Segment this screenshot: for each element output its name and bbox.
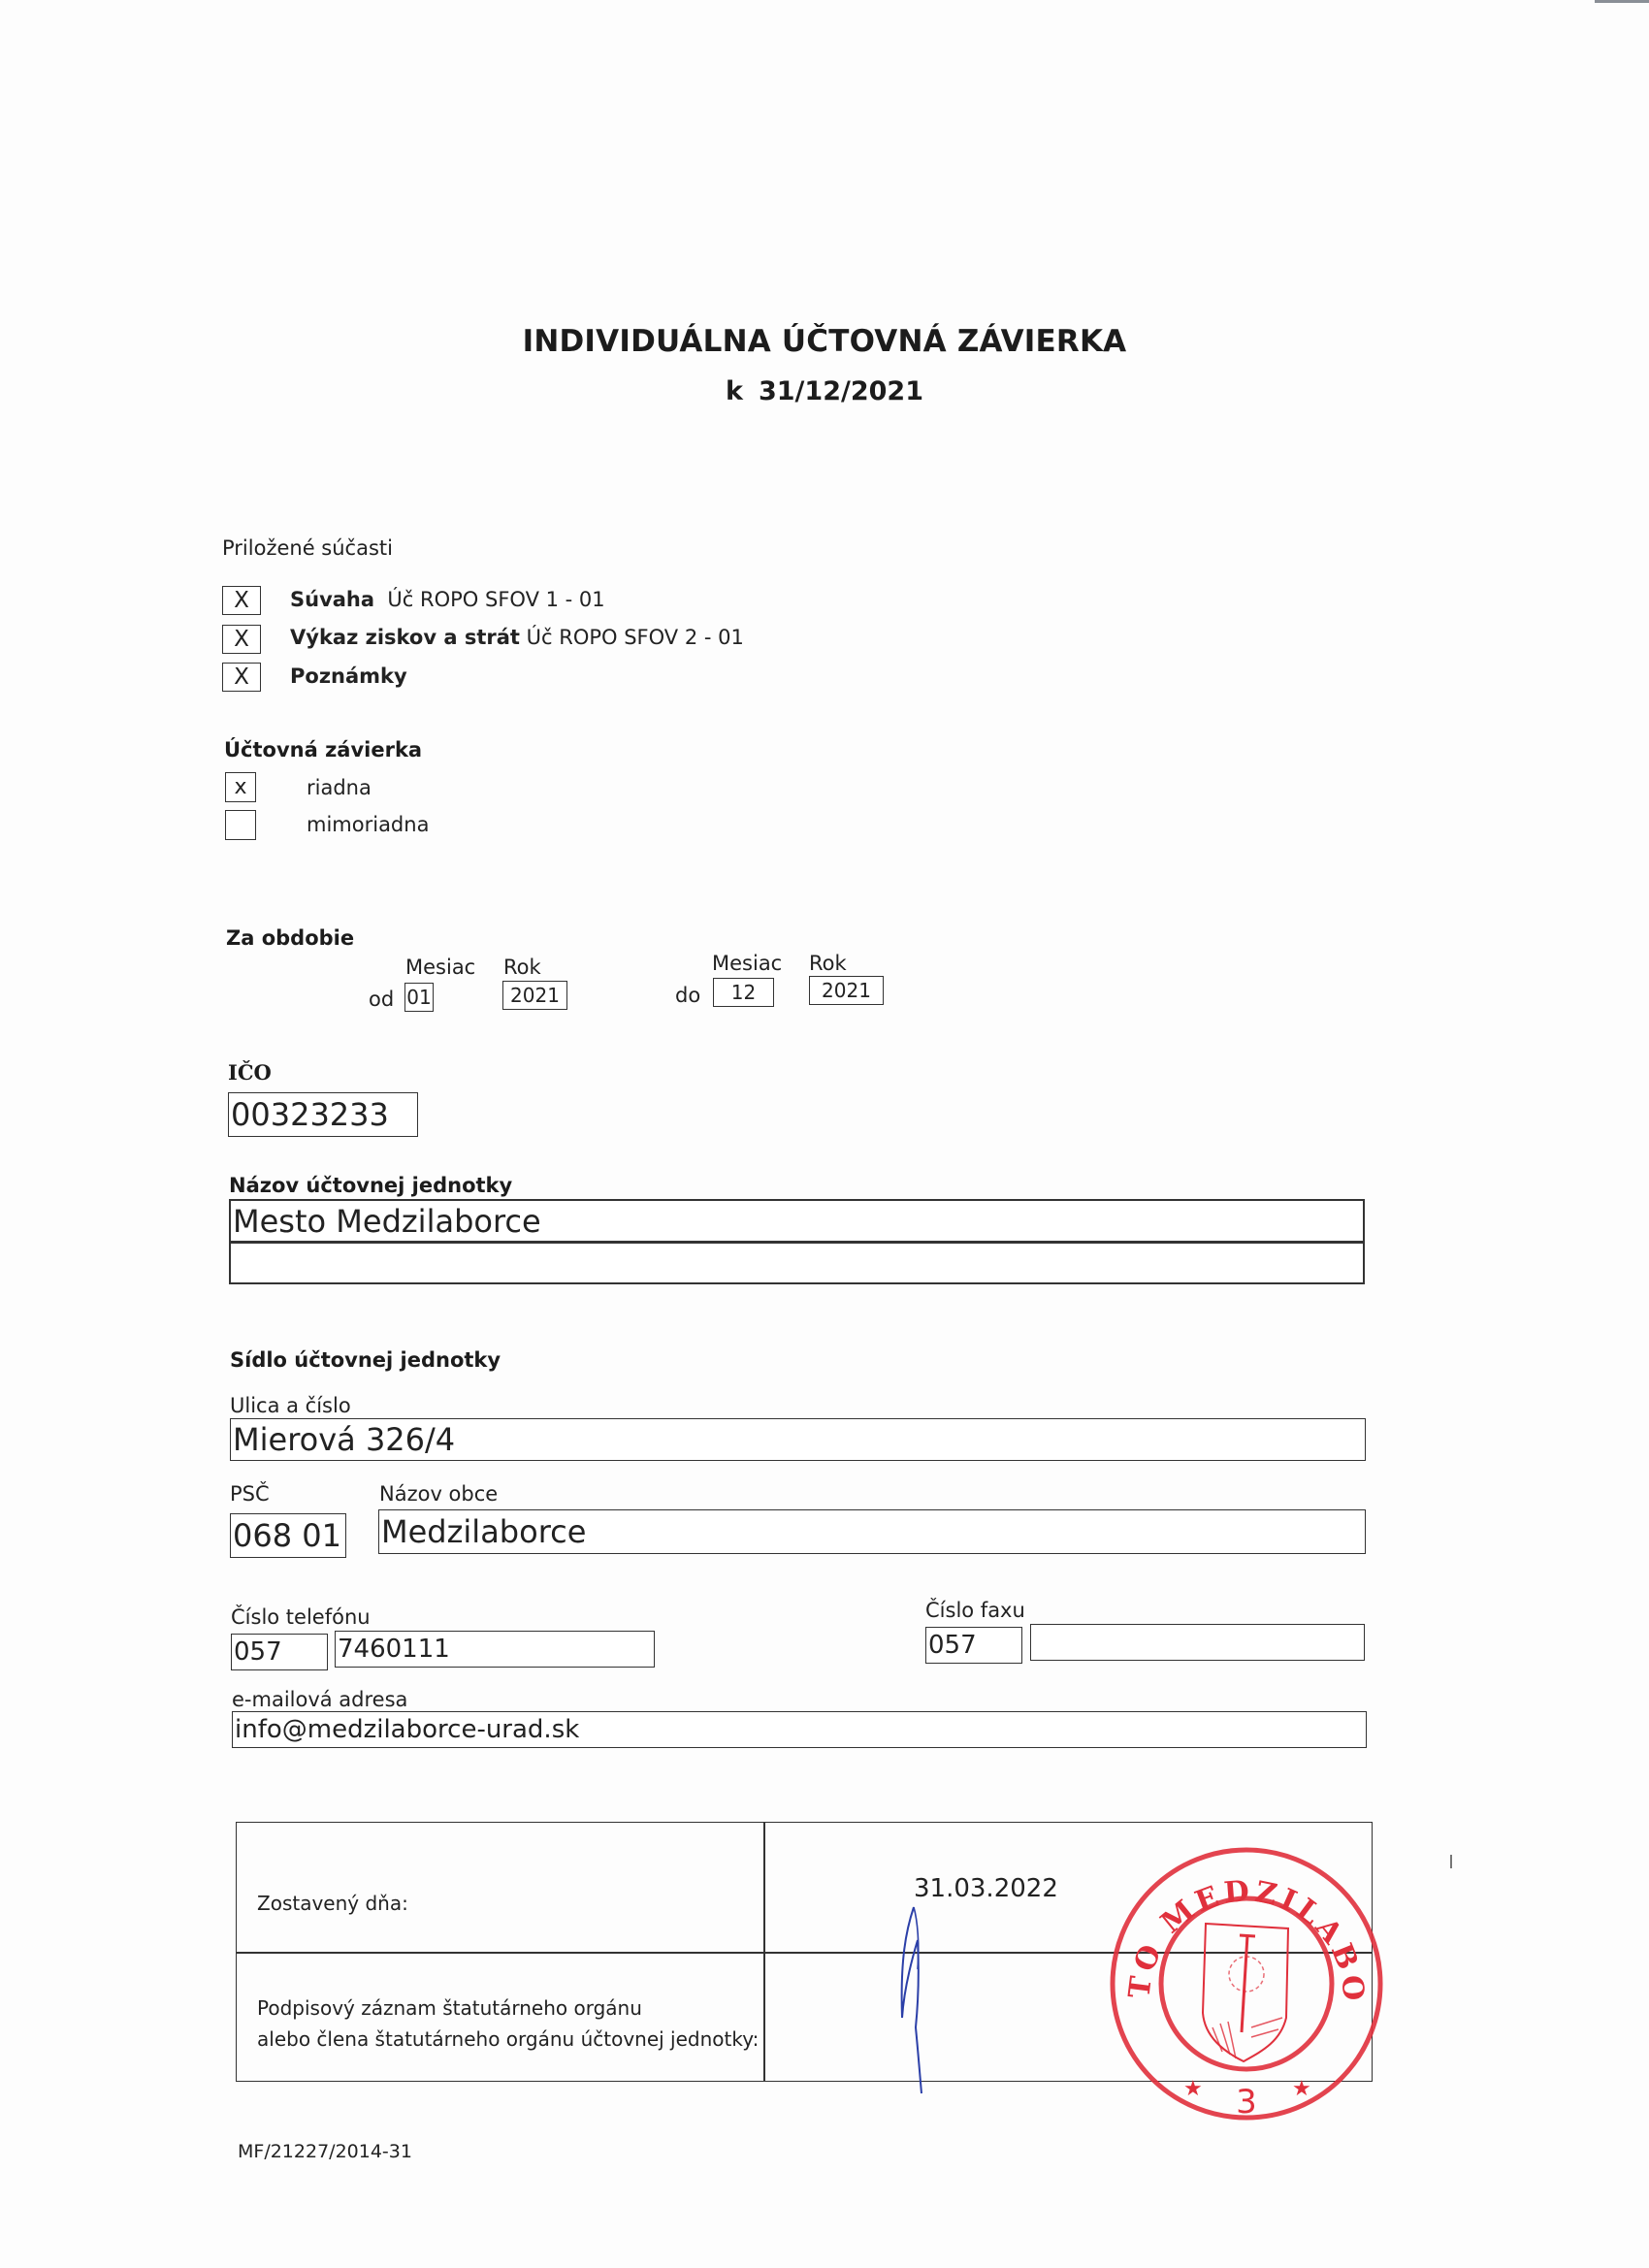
handwritten-signature [892, 1901, 951, 2095]
fax-prefix-value: 057 [926, 1631, 977, 1660]
statement-type-heading: Účtovná závierka [224, 738, 422, 761]
checkbox-suvaha[interactable]: X [222, 586, 261, 615]
street-label: Ulica a číslo [230, 1394, 351, 1417]
zip-value: 068 01 [231, 1520, 341, 1551]
from-month-field[interactable]: 01 [404, 983, 434, 1012]
document-title: INDIVIDUÁLNA ÚČTOVNÁ ZÁVIERKA [0, 324, 1649, 359]
ico-label: IČO [228, 1060, 272, 1085]
to-month-field[interactable]: 12 [713, 978, 774, 1007]
item-form-code: Úč ROPO SFOV 2 - 01 [527, 626, 744, 649]
from-year-label: Rok [503, 956, 541, 979]
phone-prefix-field[interactable]: 057 [231, 1634, 328, 1670]
svg-text:★: ★ [1292, 2077, 1311, 2101]
entity-name-field-line2[interactable] [229, 1242, 1365, 1284]
from-label: od [369, 988, 394, 1011]
item-form-code: Úč ROPO SFOV 1 - 01 [387, 588, 604, 611]
attached-item-poznamky: Poznámky [290, 664, 407, 688]
checkbox-vykaz[interactable]: X [222, 625, 261, 654]
city-value: Medzilaborce [379, 1516, 586, 1547]
subtitle-date: 31/12/2021 [759, 376, 923, 406]
ico-field[interactable]: 00323233 [228, 1092, 418, 1137]
fax-label: Číslo faxu [925, 1599, 1025, 1622]
email-label: e-mailová adresa [232, 1688, 407, 1711]
entity-name-value: Mesto Medzilaborce [231, 1206, 541, 1237]
street-field[interactable]: Mierová 326/4 [230, 1418, 1366, 1461]
item-bold-label: Výkaz ziskov a strát [290, 626, 520, 649]
to-year-field[interactable]: 2021 [809, 976, 884, 1005]
scan-edge-mark [1595, 0, 1649, 3]
checkbox-mimoriadna[interactable] [225, 810, 256, 840]
city-label: Názov obce [379, 1482, 498, 1506]
option-mimoriadna-label: mimoriadna [307, 813, 429, 836]
phone-number-value: 7460111 [336, 1635, 450, 1664]
compiled-date[interactable]: 31.03.2022 [914, 1874, 1058, 1903]
attached-parts-heading: Priložené súčasti [222, 536, 393, 560]
compiled-label: Zostavený dňa: [257, 1892, 408, 1915]
ico-value: 00323233 [229, 1099, 389, 1130]
official-stamp-icon: MESTO MEDZILABORCE ★ ★ 3 [1106, 1843, 1387, 2124]
scan-artifact [1450, 1855, 1452, 1868]
entity-name-field-line1[interactable]: Mesto Medzilaborce [229, 1199, 1365, 1243]
zip-label: PSČ [230, 1482, 270, 1506]
item-bold-label: Súvaha [290, 588, 374, 611]
zip-field[interactable]: 068 01 [230, 1513, 346, 1558]
to-month-label: Mesiac [712, 952, 782, 975]
entity-name-label: Názov účtovnej jednotky [229, 1174, 512, 1197]
item-bold-label: Poznámky [290, 664, 407, 688]
to-label: do [675, 984, 700, 1007]
option-riadna-label: riadna [307, 776, 372, 799]
attached-item-vykaz: Výkaz ziskov a strát Úč ROPO SFOV 2 - 01 [290, 626, 744, 649]
phone-label: Číslo telefónu [231, 1605, 371, 1629]
signature-table-column-divider [763, 1822, 765, 2082]
email-field[interactable]: info@medzilaborce-urad.sk [232, 1711, 1367, 1748]
fax-number-field[interactable] [1030, 1624, 1365, 1661]
fax-prefix-field[interactable]: 057 [925, 1627, 1022, 1664]
phone-number-field[interactable]: 7460111 [335, 1631, 655, 1668]
city-field[interactable]: Medzilaborce [378, 1509, 1366, 1554]
from-year-field[interactable]: 2021 [502, 981, 567, 1010]
address-heading: Sídlo účtovnej jednotky [230, 1348, 501, 1372]
attached-item-suvaha: Súvaha Úč ROPO SFOV 1 - 01 [290, 588, 605, 611]
to-year-label: Rok [809, 952, 847, 975]
checkbox-riadna[interactable]: x [225, 772, 256, 802]
phone-prefix-value: 057 [232, 1637, 282, 1667]
svg-text:3: 3 [1236, 2083, 1257, 2122]
sign-label-line1: Podpisový záznam štatutárneho orgánu [257, 1996, 642, 2020]
from-month-label: Mesiac [405, 956, 475, 979]
checkbox-poznamky[interactable]: X [222, 663, 261, 692]
email-value: info@medzilaborce-urad.sk [233, 1715, 579, 1744]
svg-text:★: ★ [1183, 2077, 1203, 2101]
period-heading: Za obdobie [226, 926, 354, 950]
street-value: Mierová 326/4 [231, 1424, 455, 1455]
footer-form-code: MF/21227/2014-31 [238, 2141, 412, 2162]
subtitle-prefix: k [726, 376, 743, 406]
document-subtitle: k31/12/2021 [0, 376, 1649, 406]
sign-label-line2: alebo člena štatutárneho orgánu účtovnej… [257, 2027, 759, 2051]
